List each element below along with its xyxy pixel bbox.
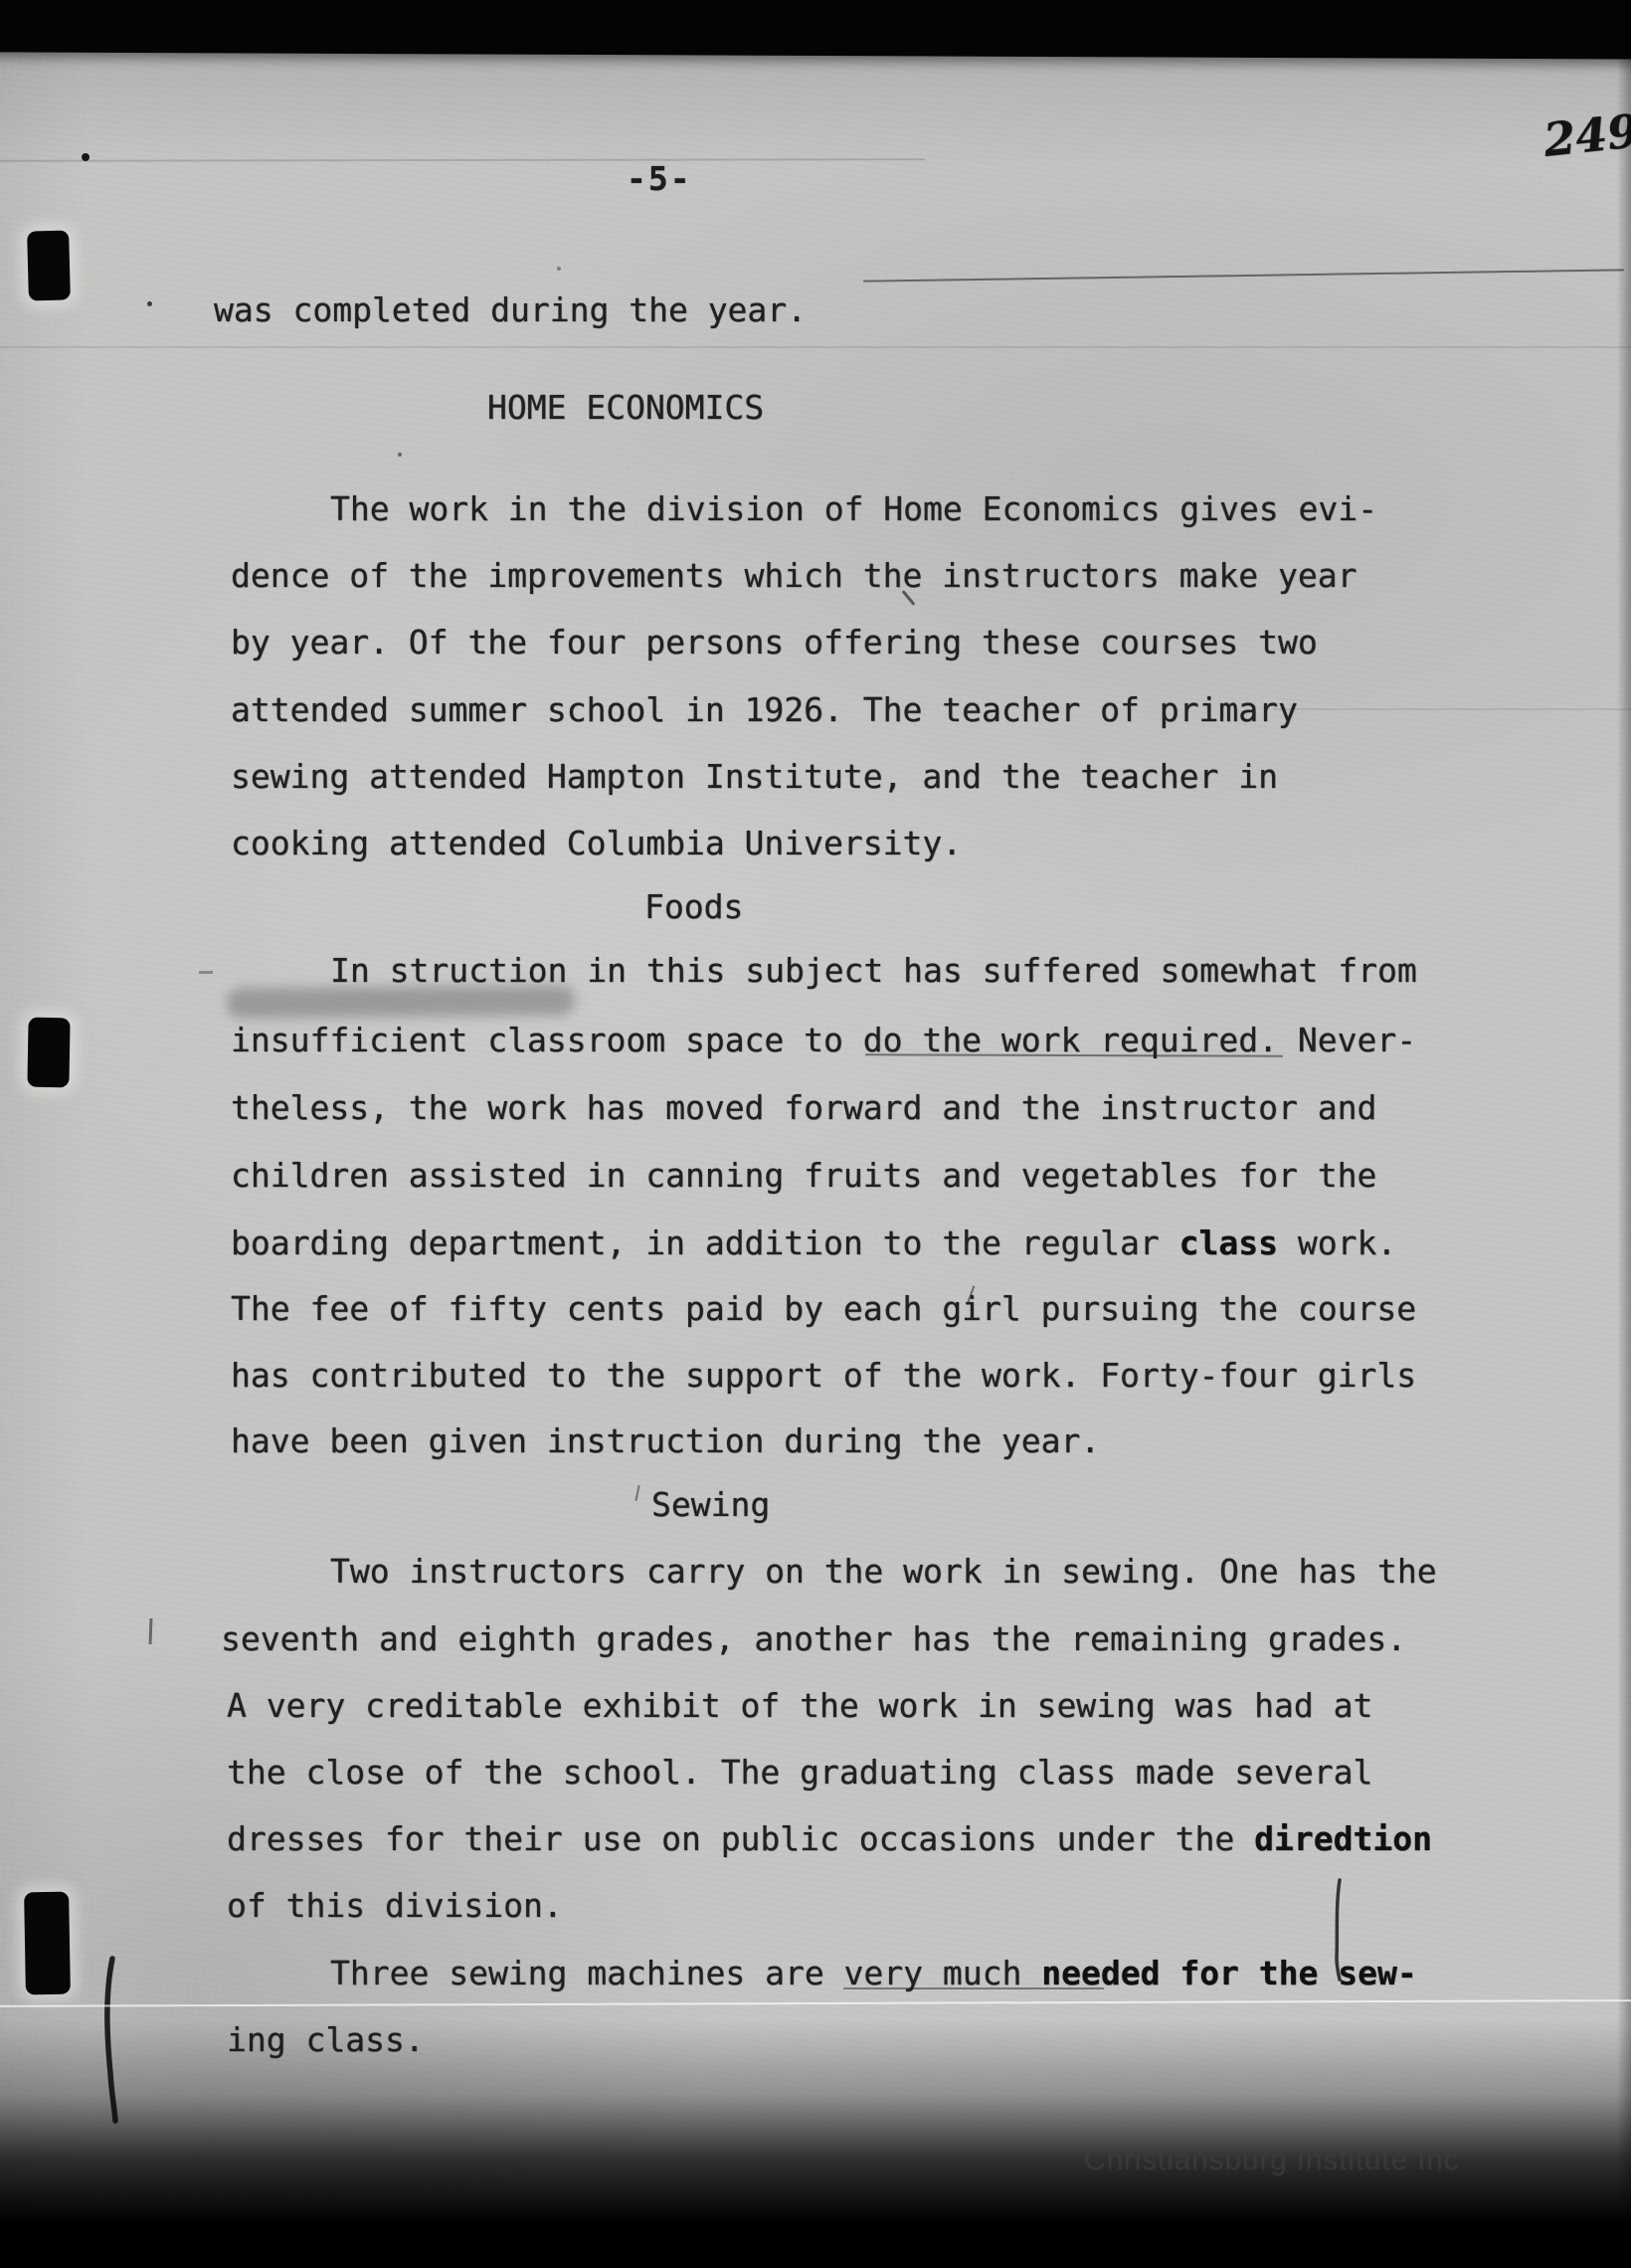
binder-hole-mark — [24, 1892, 71, 1995]
ink-smudge — [227, 985, 575, 1018]
page-number: -5- — [627, 161, 692, 197]
text-line: theless, the work has moved forward and … — [231, 1090, 1376, 1126]
text-line: the close of the school. The graduating … — [227, 1755, 1372, 1791]
paper-grain-texture — [0, 0, 1631, 2268]
binder-hole-mark — [27, 1018, 70, 1088]
white-scratch-line — [0, 1999, 1631, 2007]
scanned-page: was completed during the year.HOME ECONO… — [0, 0, 1631, 2268]
text-line: HOME ECONOMICS — [487, 390, 764, 426]
text-line: A very creditable exhibit of the work in… — [227, 1688, 1372, 1724]
text-line: dence of the improvements which the inst… — [231, 558, 1357, 594]
text-line: cooking attended Columbia University. — [231, 826, 962, 861]
text-line: attended summer school in 1926. The teac… — [231, 692, 1298, 728]
ink-speck — [557, 267, 561, 271]
scan-edge-right-shade — [1617, 0, 1631, 2268]
text-line: The work in the division of Home Economi… — [330, 491, 1377, 527]
stray-tick-mark — [149, 1618, 153, 1644]
binder-hole-mark — [27, 230, 71, 300]
text-line: sewing attended Hampton Institute, and t… — [231, 759, 1278, 795]
text-line: of this division. — [227, 1888, 563, 1924]
text-line: has contributed to the support of the wo… — [231, 1358, 1416, 1394]
text-line: dresses for their use on public occasion… — [227, 1821, 1432, 1857]
ink-speck — [82, 153, 90, 161]
text-line: have been given instruction during the y… — [231, 1423, 1100, 1459]
text-line: Foods — [644, 889, 743, 925]
text-line: boarding department, in addition to the … — [231, 1226, 1396, 1261]
watermark-text: Christiansburg Institute Inc — [1084, 2144, 1460, 2177]
text-line: was completed during the year. — [214, 292, 807, 328]
ink-speck — [147, 301, 152, 306]
text-line: by year. Of the four persons offering th… — [231, 625, 1318, 661]
text-line: Sewing — [651, 1487, 770, 1523]
stray-dash-mark — [199, 971, 213, 974]
stray-tick-mark — [634, 1485, 639, 1501]
ink-speck — [398, 453, 402, 457]
text-line: In struction in this subject has suffere… — [330, 953, 1417, 989]
text-line: Two instructors carry on the work in sew… — [330, 1554, 1437, 1590]
text-line: seventh and eighth grades, another has t… — [221, 1621, 1406, 1657]
scan-edge-top — [0, 0, 1631, 60]
text-line: The fee of fifty cents paid by each girl… — [231, 1291, 1416, 1327]
text-line: insufficient classroom space to do the w… — [231, 1023, 1416, 1058]
scratch-line — [0, 158, 925, 162]
text-line: Three sewing machines are very much need… — [330, 1956, 1417, 1991]
scratch-line — [0, 346, 1631, 348]
text-line: children assisted in canning fruits and … — [231, 1158, 1376, 1194]
scratch-line — [1273, 708, 1631, 710]
pen-stroke-mark — [1331, 1878, 1351, 1982]
scratch-line — [863, 269, 1624, 282]
